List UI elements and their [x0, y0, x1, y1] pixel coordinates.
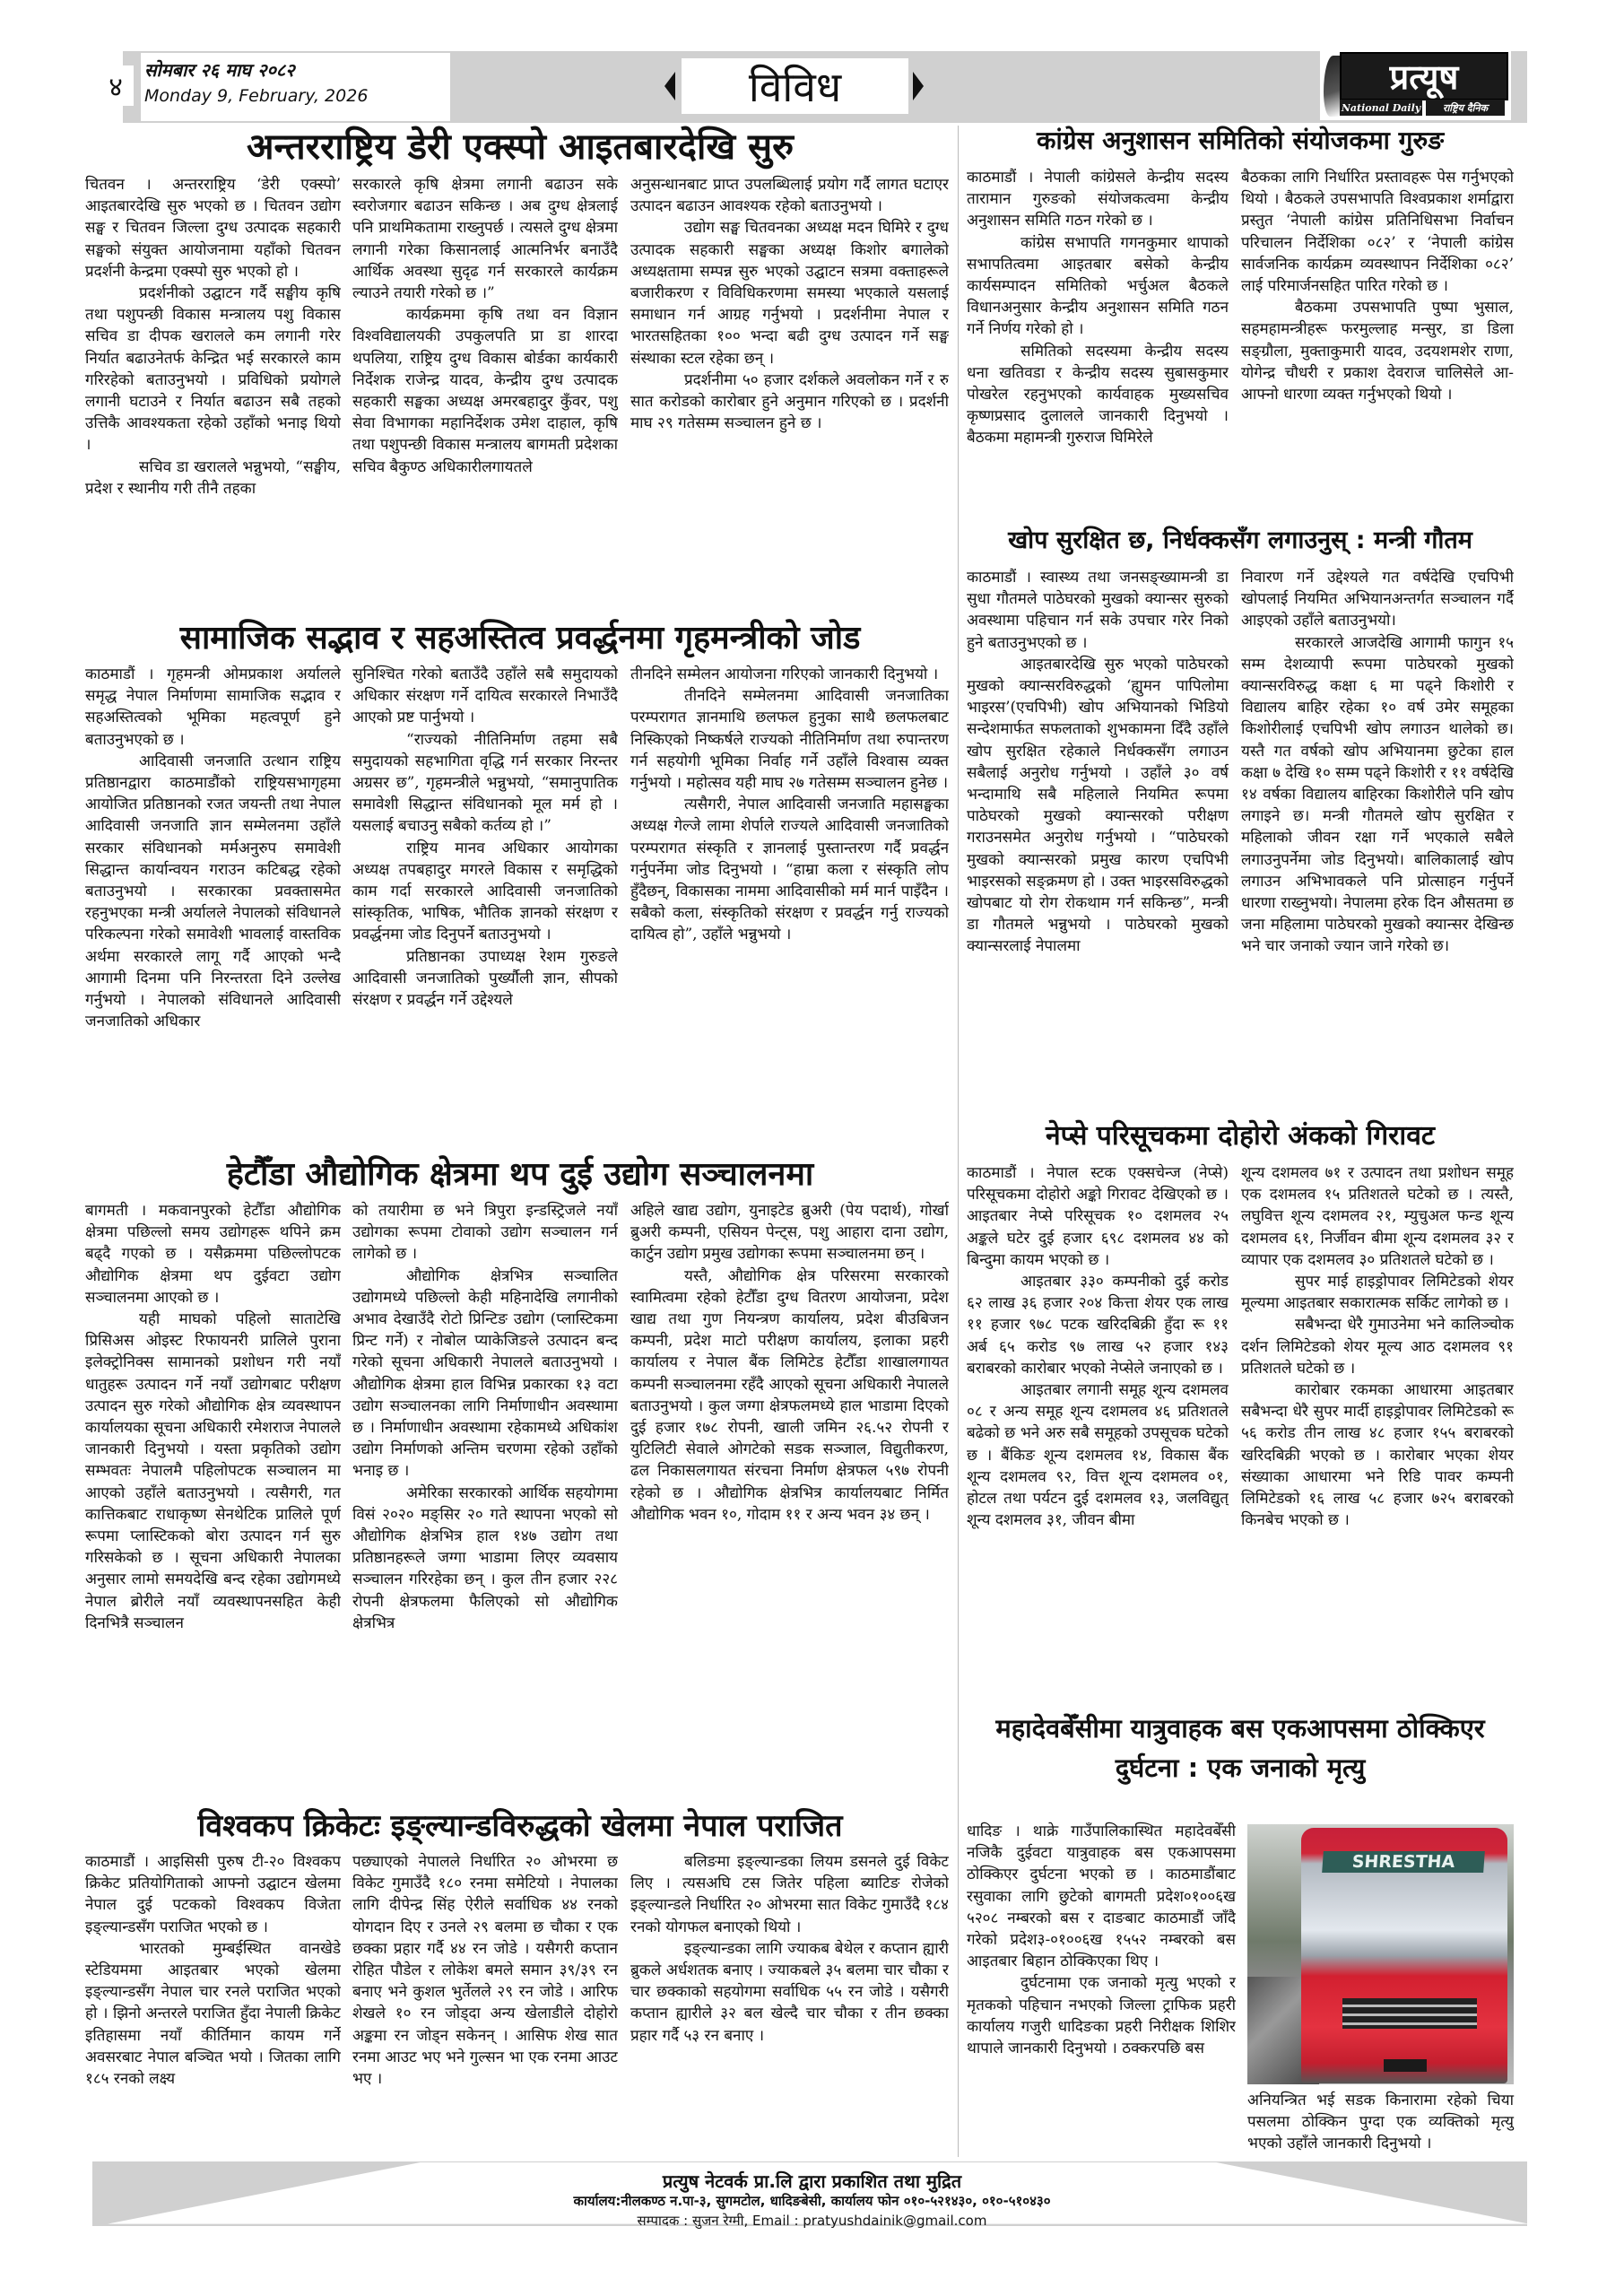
cricket-column-2: पछ्याएको नेपालले निर्धारित २० ओभरमा छ वि…: [352, 1851, 618, 2156]
headline-dairy-expo: अन्तरराष्ट्रिय डेरी एक्स्पो आइतबारदेखि स…: [85, 127, 955, 167]
headline-social-harmony: सामाजिक सद्भाव र सहअस्तित्व प्रवर्द्धनमा…: [85, 621, 955, 657]
paragraph: सुपर माई हाइड्रोपावर लिमिटेडको शेयर मूल्…: [1241, 1271, 1514, 1314]
red-bus: SHRESTHA: [1301, 1828, 1507, 2083]
paragraph: प्रतिष्ठानका उपाध्यक्ष रेशम गुरुङले आदिव…: [352, 946, 618, 1012]
paragraph: काठमाडौं । नेपाल स्टक एक्सचेन्ज (नेप्से)…: [967, 1162, 1229, 1271]
paragraph: सबैभन्दा धेरै गुमाउनेमा भने कालिञ्चोक दर…: [1241, 1314, 1514, 1379]
paragraph: यस्तै, औद्योगिक क्षेत्र परिसरमा सरकारको …: [630, 1265, 949, 1526]
paragraph: काठमाडौं । गृहमन्त्री ओमप्रकाश अर्यालले …: [85, 664, 341, 751]
headline-cricket: विश्वकप क्रिकेटः इङ्ल्यान्डविरुद्धको खेल…: [85, 1810, 955, 1843]
paragraph: अनुसन्धानबाट प्राप्त उपलब्धिलाई प्रयोग ग…: [630, 174, 949, 217]
right-triangle-icon: [913, 72, 924, 100]
paragraph: औद्योगिक क्षेत्रभित्र सञ्चालित उद्योगमध्…: [352, 1265, 618, 1483]
page-number: ४: [98, 65, 134, 106]
paragraph: “राज्यको नीतिनिर्माण तहमा सबै समुदायको स…: [352, 729, 618, 838]
paragraph: बैठकमा उपसभापति पुष्पा भुसाल, सहमहामन्त्…: [1241, 297, 1514, 405]
section-title: विविध: [682, 58, 908, 114]
nepse-column-2: शून्य दशमलव ७१ र उत्पादन तथा प्रशोधन समू…: [1241, 1162, 1514, 1692]
paragraph: बैठकका लागि निर्धारित प्रस्तावहरू पेस गर…: [1241, 167, 1514, 297]
congress-column-2: बैठकका लागि निर्धारित प्रस्तावहरू पेस गर…: [1241, 167, 1514, 517]
cricket-column-1: काठमाडौं । आइसिसी पुरुष टी-२० विश्वकप क्…: [85, 1851, 341, 2156]
paragraph: तीनदिने सम्मेलन आयोजना गरिएको जानकारी दि…: [630, 664, 949, 685]
paragraph: तीनदिने सम्मेलनमा आदिवासी जनजातिका परम्प…: [630, 685, 949, 794]
footer-office: कार्यालय:नीलकण्ठ न.पा-३, सुगमटोल, धादिङब…: [0, 2192, 1624, 2210]
paragraph: राष्ट्रिय मानव अधिकार आयोगका अध्यक्ष तपब…: [352, 838, 618, 946]
cricket-column-3: बलिङमा इङ्ल्यान्डका लियम डसनले दुई विकेट…: [630, 1851, 949, 2156]
paragraph: को तयारीमा छ भने त्रिपुरा इन्डस्ट्रिजले …: [352, 1200, 618, 1265]
paragraph: यही माघको पहिलो साताटेखि प्रिसिअस ओइस्ट …: [85, 1309, 341, 1634]
paragraph: अमेरिका सरकारको आर्थिक सहयोगमा विसं २०२०…: [352, 1483, 618, 1634]
dairy-expo-column-3: अनुसन्धानबाट प्राप्त उपलब्धिलाई प्रयोग ग…: [630, 174, 949, 609]
hetauda-column-1: बागमती । मकवानपुरको हेटौँडा औद्योगिक क्ष…: [85, 1200, 341, 1792]
paragraph: आइतबार लगानी समूह शून्य दशमलव ०८ र अन्य …: [967, 1379, 1229, 1531]
vaccine-column-1: काठमाडौं । स्वास्थ्य तथा जनसङ्ख्यामन्त्र…: [967, 567, 1229, 1114]
social-harmony-column-1: काठमाडौं । गृहमन्त्री ओमप्रकाश अर्यालले …: [85, 664, 341, 1144]
paragraph: समितिको सदस्यमा केन्द्रीय सदस्य धना खतिव…: [967, 341, 1229, 449]
paragraph: प्रदर्शनीको उद्घाटन गर्दै सङ्घीय कृषि तथ…: [85, 283, 341, 457]
paragraph: सरकारले कृषि क्षेत्रमा लगानी बढाउन सके स…: [352, 174, 618, 304]
paragraph: सचिव डा खरालले भन्नुभयो, “सङ्घीय, प्रदेश…: [85, 457, 341, 500]
hetauda-column-3: अहिले खाद्य उद्योग, युनाइटेड ब्रुअरी (पे…: [630, 1200, 949, 1792]
paragraph: उद्योग सङ्घ चितवनका अध्यक्ष मदन घिमिरे र…: [630, 217, 949, 369]
headline-bus-accident-line2: दुर्घटना : एक जनाको मृत्यु: [967, 1754, 1514, 1783]
paragraph: बागमती । मकवानपुरको हेटौँडा औद्योगिक क्ष…: [85, 1200, 341, 1309]
paragraph: काठमाडौं । आइसिसी पुरुष टी-२० विश्वकप क्…: [85, 1851, 341, 1938]
paragraph: अहिले खाद्य उद्योग, युनाइटेड ब्रुअरी (पे…: [630, 1200, 949, 1265]
paragraph: शून्य दशमलव ७१ र उत्पादन तथा प्रशोधन समू…: [1241, 1162, 1514, 1271]
vaccine-column-2: निवारण गर्ने उद्देश्यले गत वर्षदेखि एचपि…: [1241, 567, 1514, 1114]
bus-grill: [1342, 1998, 1477, 2029]
paragraph: काठमाडौं । नेपाली कांग्रेसले केन्द्रीय स…: [967, 167, 1229, 232]
paragraph: आइतबार ३३० कम्पनीको दुई करोड ६२ लाख ३६ ह…: [967, 1271, 1229, 1379]
paragraph: पछ्याएको नेपालले निर्धारित २० ओभरमा छ वि…: [352, 1851, 618, 2090]
bus-accident-column-1: धादिङ । थाक्रे गाउँपालिकास्थित महादेवबेँ…: [967, 1821, 1236, 2157]
paragraph: धादिङ । थाक्रे गाउँपालिकास्थित महादेवबेँ…: [967, 1821, 1236, 1972]
congress-column-1: काठमाडौं । नेपाली कांग्रेसले केन्द्रीय स…: [967, 167, 1229, 517]
headline-bus-accident-line1: महादेवबेँसीमा यात्रुवाहक बस एकआपसमा ठोक्…: [967, 1715, 1514, 1744]
paragraph: प्रदर्शनीमा ५० हजार दर्शकले अवलोकन गर्ने…: [630, 370, 949, 435]
paragraph: सुनिश्चित गरेको बताउँदै उहाँले सबै समुदा…: [352, 664, 618, 729]
left-triangle-icon: [664, 72, 675, 100]
photo-caption: अनियन्त्रित भई सडक किनारामा रहेको चिया प…: [1247, 2090, 1514, 2154]
paragraph: भारतको मुम्बईस्थित वानखेडे स्टेडियममा आइ…: [85, 1938, 341, 2090]
paragraph: त्यसैगरी, नेपाल आदिवासी जनजाति महासङ्घका…: [630, 794, 949, 945]
logo-wordmark: प्रत्यूष: [1340, 52, 1508, 100]
paragraph: चितवन । अन्तरराष्ट्रिय ‘डेरी एक्स्पो’ आइ…: [85, 174, 341, 283]
social-harmony-column-2: सुनिश्चित गरेको बताउँदै उहाँले सबै समुदा…: [352, 664, 618, 1144]
paragraph: बलिङमा इङ्ल्यान्डका लियम डसनले दुई विकेट…: [630, 1851, 949, 1938]
paragraph: कांग्रेस सभापति गगनकुमार थापाको सभापतित्…: [967, 232, 1229, 341]
bus-sign: SHRESTHA: [1322, 1851, 1485, 1873]
paragraph: काठमाडौं । स्वास्थ्य तथा जनसङ्ख्यामन्त्र…: [967, 567, 1229, 654]
bus-plate: [1384, 2059, 1427, 2072]
paragraph: इङ्ल्यान्डका लागि ज्याकब बेथेल र कप्तान …: [630, 1938, 949, 2047]
headline-hetauda-industry: हेटौँडा औद्योगिक क्षेत्रमा थप दुई उद्योग…: [85, 1157, 955, 1193]
paragraph: आइतबारदेखि सुरु भएको पाठेघरको मुखको क्या…: [967, 654, 1229, 958]
dairy-expo-column-1: चितवन । अन्तरराष्ट्रिय ‘डेरी एक्स्पो’ आइ…: [85, 174, 341, 609]
dairy-expo-column-2: सरकारले कृषि क्षेत्रमा लगानी बढाउन सके स…: [352, 174, 618, 609]
paragraph: कारोबार रकमका आधारमा आइतबार सबैभन्दा धेर…: [1241, 1379, 1514, 1531]
crashed-bus-photo: SHRESTHA: [1247, 1824, 1514, 2084]
paragraph: दुर्घटनामा एक जनाको मृत्यु भएको र मृतकको…: [967, 1972, 1236, 2059]
date-english: Monday 9, February, 2026: [144, 86, 368, 106]
headline-congress: कांग्रेस अनुशासन समितिको संयोजकमा गुरुङ: [967, 127, 1514, 155]
paragraph: सरकारले आजदेखि आगामी फागुन १५ सम्म देशव्…: [1241, 632, 1514, 958]
paragraph: आदिवासी जनजाति उत्थान राष्ट्रिय प्रतिष्ठ…: [85, 751, 341, 1033]
headline-vaccine: खोप सुरक्षित छ, निर्धक्कसँग लगाउनुस् : म…: [967, 527, 1514, 554]
paragraph: निवारण गर्ने उद्देश्यले गत वर्षदेखि एचपि…: [1241, 567, 1514, 632]
footer-editor-email[interactable]: सम्पादक : सुजन रेग्मी, Email : pratyushd…: [0, 2212, 1624, 2230]
footer-publisher: प्रत्युष नेटवर्क प्रा.लि द्वारा प्रकाशित…: [0, 2169, 1624, 2193]
logo-tag-english: National Daily: [1340, 100, 1422, 116]
headline-nepse: नेप्से परिसूचकमा दोहोरो अंकको गिरावट: [967, 1121, 1514, 1151]
social-harmony-column-3: तीनदिने सम्मेलन आयोजना गरिएको जानकारी दि…: [630, 664, 949, 1144]
logo-tag-nepali: राष्ट्रिय दैनिक: [1426, 100, 1505, 116]
paragraph: कार्यक्रममा कृषि तथा वन विज्ञान विश्वविद…: [352, 304, 618, 478]
hetauda-column-2: को तयारीमा छ भने त्रिपुरा इन्डस्ट्रिजले …: [352, 1200, 618, 1792]
column-divider: [958, 126, 959, 2157]
feather-quill-icon: [1324, 56, 1340, 117]
date-nepali: सोमबार २६ माघ २०८२: [144, 57, 295, 82]
nepse-column-1: काठमाडौं । नेपाल स्टक एक्सचेन्ज (नेप्से)…: [967, 1162, 1229, 1692]
